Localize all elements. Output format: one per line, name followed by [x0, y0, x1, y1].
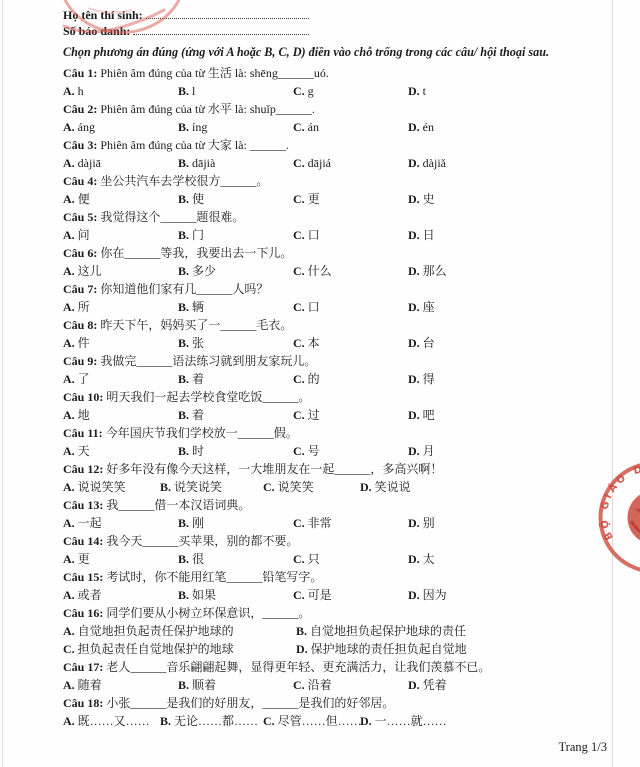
- options-row: A. ángB. íngC. ánD. én: [63, 118, 620, 136]
- option-D: D. 吧: [408, 406, 620, 424]
- option-D: D. 保护地球的责任担负起自觉地: [296, 640, 620, 658]
- option-B: B. íng: [178, 118, 293, 136]
- option-A: A. 地: [63, 406, 178, 424]
- option-A: A. 问: [63, 226, 178, 244]
- question-label: Câu 11:: [63, 426, 103, 440]
- candidate-header: Họ tên thí sinh: Số báo danh:: [0, 0, 640, 39]
- options-row: A. 天B. 时C. 号D. 月: [63, 442, 620, 460]
- option-A: A. 说说笑笑: [63, 478, 160, 496]
- option-C: C. 本: [293, 334, 408, 352]
- question-label: Câu 2:: [63, 102, 97, 116]
- question-9: Câu 9: 我做完______语法练习就到朋友家玩儿。A. 了B. 着C. 的…: [63, 352, 620, 388]
- question-12: Câu 12: 好多年没有像今天这样，一大堆朋友在一起______，多高兴啊！A…: [63, 460, 620, 496]
- option-B: B. 时: [178, 442, 293, 460]
- candidate-id-row: Số báo danh:: [63, 23, 309, 39]
- question-label: Câu 14:: [63, 534, 103, 548]
- question-4: Câu 4: 坐公共汽车去学校很方______。A. 便B. 使C. 更D. 史: [63, 172, 620, 208]
- option-C: C. 口: [293, 298, 408, 316]
- option-A: A. 一起: [63, 514, 178, 532]
- question-label: Câu 5:: [63, 210, 97, 224]
- option-B: B. 很: [178, 550, 293, 568]
- question-text: 小张______是我们的好朋友，______是我们的好邻居。: [103, 696, 394, 710]
- question-2: Câu 2: Phiên âm đúng của từ 水平 là: shuǐp…: [63, 100, 620, 136]
- question-label: Câu 10:: [63, 390, 103, 404]
- option-C: C. 的: [293, 370, 408, 388]
- option-B: B. 使: [178, 190, 293, 208]
- options-row: A. dàjiāB. dājiàC. dājiáD. dàjiǎ: [63, 154, 620, 172]
- option-B: B. 张: [178, 334, 293, 352]
- options-row: A. 或者B. 如果C. 可是D. 因为: [63, 586, 620, 604]
- question-stem: Câu 1: Phiên âm đúng của từ 生活 là: shēng…: [63, 64, 620, 82]
- option-C: C. án: [293, 118, 408, 136]
- question-5: Câu 5: 我觉得这个______题很难。A. 问B. 门C. 口D. 日: [63, 208, 620, 244]
- option-C: C. 可是: [293, 586, 408, 604]
- options-row: A. 问B. 门C. 口D. 日: [63, 226, 620, 244]
- question-stem: Câu 15: 考试时，你不能用红笔______铅笔写字。: [63, 568, 620, 586]
- candidate-name-row: Họ tên thí sinh:: [63, 7, 309, 23]
- options-row: A. 说说笑笑B. 说笑说笑C. 说笑笑D. 笑说说: [63, 478, 620, 496]
- question-stem: Câu 18: 小张______是我们的好朋友，______是我们的好邻居。: [63, 694, 620, 712]
- question-14: Câu 14: 我今天______买苹果，别的都不要。A. 更B. 很C. 只D…: [63, 532, 620, 568]
- option-C: C. 什么: [293, 262, 408, 280]
- options-row: A. 所B. 辆C. 口D. 座: [63, 298, 620, 316]
- question-17: Câu 17: 老人______音乐翩翩起舞，显得更年轻、更充满活力，让我们羡慕…: [63, 658, 620, 694]
- question-label: Câu 1:: [63, 66, 97, 80]
- question-3: Câu 3: Phiên âm đúng của từ 大家 là: _____…: [63, 136, 620, 172]
- option-D: D. 笑说说: [360, 478, 620, 496]
- question-label: Câu 13:: [63, 498, 103, 512]
- options-row: A. 地B. 着C. 过D. 吧: [63, 406, 620, 424]
- question-1: Câu 1: Phiên âm đúng của từ 生活 là: shēng…: [63, 64, 620, 100]
- option-A: A. 既……又……: [63, 712, 160, 730]
- question-label: Câu 15:: [63, 570, 103, 584]
- question-text: 我今天______买苹果，别的都不要。: [103, 534, 298, 548]
- question-8: Câu 8: 昨天下午，妈妈买了一______毛衣。A. 件B. 张C. 本D.…: [63, 316, 620, 352]
- options-row: A. 更B. 很C. 只D. 太: [63, 550, 620, 568]
- option-B: B. 着: [178, 406, 293, 424]
- question-text: 我觉得这个______题很难。: [97, 210, 244, 224]
- question-text: 昨天下午，妈妈买了一______毛衣。: [97, 318, 292, 332]
- question-text: 我______借一本汉语词典。: [103, 498, 250, 512]
- question-stem: Câu 6: 你在______等我，我要出去一下儿。: [63, 244, 620, 262]
- question-13: Câu 13: 我______借一本汉语词典。A. 一起B. 刚C. 非常D. …: [63, 496, 620, 532]
- option-A: A. 天: [63, 442, 178, 460]
- question-16: Câu 16: 同学们要从小树立环保意识，______。A. 自觉地担负起责任保…: [63, 604, 620, 658]
- question-label: Câu 12:: [63, 462, 103, 476]
- option-A: A. 所: [63, 298, 178, 316]
- option-D: D. t: [408, 82, 620, 100]
- question-label: Câu 6:: [63, 246, 97, 260]
- option-B: B. 多少: [178, 262, 293, 280]
- question-text: Phiên âm đúng của từ 大家 là: ______.: [97, 138, 288, 152]
- option-C: C. 沿着: [293, 676, 408, 694]
- option-C: C. g: [293, 82, 408, 100]
- question-text: 今年国庆节我们学校放一______假。: [103, 426, 298, 440]
- question-stem: Câu 16: 同学们要从小树立环保意识，______。: [63, 604, 620, 622]
- option-D: D. 那么: [408, 262, 620, 280]
- option-A: A. 更: [63, 550, 178, 568]
- question-list: Câu 1: Phiên âm đúng của từ 生活 là: shēng…: [63, 64, 620, 730]
- question-text: 好多年没有像今天这样，一大堆朋友在一起______，多高兴啊！: [103, 462, 442, 476]
- option-D: D. 日: [408, 226, 620, 244]
- option-B: B. 无论……都……: [160, 712, 263, 730]
- option-C: C. 担负起责任自觉地保护的地球: [63, 640, 296, 658]
- option-B: B. 着: [178, 370, 293, 388]
- question-stem: Câu 11: 今年国庆节我们学校放一______假。: [63, 424, 620, 442]
- option-A: A. 或者: [63, 586, 178, 604]
- options-row: A. 一起B. 刚C. 非常D. 别: [63, 514, 620, 532]
- question-text: 我做完______语法练习就到朋友家玩儿。: [97, 354, 316, 368]
- question-11: Câu 11: 今年国庆节我们学校放一______假。A. 天B. 时C. 号D…: [63, 424, 620, 460]
- option-B: B. 如果: [178, 586, 293, 604]
- question-label: Câu 16:: [63, 606, 103, 620]
- option-D: D. 太: [408, 550, 620, 568]
- question-stem: Câu 17: 老人______音乐翩翩起舞，显得更年轻、更充满活力，让我们羡慕…: [63, 658, 620, 676]
- candidate-id-label: Số báo danh:: [63, 23, 130, 39]
- option-D: D. 别: [408, 514, 620, 532]
- options-row: A. 随着B. 顺着C. 沿着D. 凭着: [63, 676, 620, 694]
- candidate-name-blank: [146, 7, 309, 19]
- exam-page: Họ tên thí sinh: Số báo danh: Chọn phươn…: [0, 0, 640, 767]
- option-C: C. 号: [293, 442, 408, 460]
- option-C: C. 说笑笑: [263, 478, 360, 496]
- question-text: 坐公共汽车去学校很方______。: [97, 174, 268, 188]
- candidate-name-label: Họ tên thí sinh:: [63, 7, 143, 23]
- option-C: C. 口: [293, 226, 408, 244]
- question-text: 你知道他们家有几______人吗？: [97, 282, 268, 296]
- question-7: Câu 7: 你知道他们家有几______人吗？A. 所B. 辆C. 口D. 座: [63, 280, 620, 316]
- option-B: B. dājià: [178, 154, 293, 172]
- option-C: C. 非常: [293, 514, 408, 532]
- question-label: Câu 9:: [63, 354, 97, 368]
- question-label: Câu 17:: [63, 660, 103, 674]
- option-A: A. 件: [63, 334, 178, 352]
- option-A: A. áng: [63, 118, 178, 136]
- question-text: 老人______音乐翩翩起舞，显得更年轻、更充满活力，让我们羡慕不已。: [103, 660, 490, 674]
- page-edge-right: [612, 0, 613, 767]
- option-D: D. 月: [408, 442, 620, 460]
- options-row: A. 件B. 张C. 本D. 台: [63, 334, 620, 352]
- option-B: B. 门: [178, 226, 293, 244]
- option-D: D. 史: [408, 190, 620, 208]
- page-number: Trang 1/3: [0, 740, 607, 755]
- question-stem: Câu 8: 昨天下午，妈妈买了一______毛衣。: [63, 316, 620, 334]
- options-row: A. 这儿B. 多少C. 什么D. 那么: [63, 262, 620, 280]
- option-C: C. 更: [293, 190, 408, 208]
- question-stem: Câu 7: 你知道他们家有几______人吗？: [63, 280, 620, 298]
- option-C: C. 尽管……但……: [263, 712, 360, 730]
- question-label: Câu 7:: [63, 282, 97, 296]
- question-text: 考试时，你不能用红笔______铅笔写字。: [103, 570, 322, 584]
- option-A: A. dàjiā: [63, 154, 178, 172]
- exam-instruction: Chọn phương án đúng (ứng với A hoặc B, C…: [63, 45, 608, 60]
- option-D: D. 座: [408, 298, 620, 316]
- question-stem: Câu 14: 我今天______买苹果，别的都不要。: [63, 532, 620, 550]
- option-A: A. 便: [63, 190, 178, 208]
- option-D: D. 因为: [408, 586, 620, 604]
- option-A: A. h: [63, 82, 178, 100]
- option-A: A. 这儿: [63, 262, 178, 280]
- question-label: Câu 4:: [63, 174, 97, 188]
- option-D: D. 台: [408, 334, 620, 352]
- question-text: 明天我们一起去学校食堂吃饭______。: [103, 390, 310, 404]
- question-text: Phiên âm đúng của từ 生活 là: shēng______u…: [97, 66, 328, 80]
- options-row: A. 了B. 着C. 的D. 得: [63, 370, 620, 388]
- question-label: Câu 8:: [63, 318, 97, 332]
- question-label: Câu 18:: [63, 696, 103, 710]
- question-6: Câu 6: 你在______等我，我要出去一下儿。A. 这儿B. 多少C. 什…: [63, 244, 620, 280]
- question-stem: Câu 5: 我觉得这个______题很难。: [63, 208, 620, 226]
- question-10: Câu 10: 明天我们一起去学校食堂吃饭______。A. 地B. 着C. 过…: [63, 388, 620, 424]
- candidate-id-blank: [133, 23, 309, 35]
- option-B: B. 说笑说笑: [160, 478, 263, 496]
- question-15: Câu 15: 考试时，你不能用红笔______铅笔写字。A. 或者B. 如果C…: [63, 568, 620, 604]
- question-stem: Câu 9: 我做完______语法练习就到朋友家玩儿。: [63, 352, 620, 370]
- options-row: A. 既……又……B. 无论……都……C. 尽管……但……D. 一……就……: [63, 712, 620, 730]
- option-D: D. én: [408, 118, 620, 136]
- question-text: 同学们要从小树立环保意识，______。: [103, 606, 310, 620]
- options-row: A. hB. lC. gD. t: [63, 82, 620, 100]
- option-A: A. 自觉地担负起责任保护地球的: [63, 622, 296, 640]
- option-B: B. l: [178, 82, 293, 100]
- page-edge-left: [2, 0, 3, 767]
- option-A: A. 了: [63, 370, 178, 388]
- options-row: A. 便B. 使C. 更D. 史: [63, 190, 620, 208]
- option-D: D. 凭着: [408, 676, 620, 694]
- option-C: C. dājiá: [293, 154, 408, 172]
- option-B: B. 辆: [178, 298, 293, 316]
- option-C: C. 只: [293, 550, 408, 568]
- options-row: A. 自觉地担负起责任保护地球的B. 自觉地担负起保护地球的责任C. 担负起责任…: [63, 622, 620, 658]
- question-stem: Câu 4: 坐公共汽车去学校很方______。: [63, 172, 620, 190]
- option-C: C. 过: [293, 406, 408, 424]
- question-stem: Câu 12: 好多年没有像今天这样，一大堆朋友在一起______，多高兴啊！: [63, 460, 620, 478]
- question-stem: Câu 10: 明天我们一起去学校食堂吃饭______。: [63, 388, 620, 406]
- question-text: 你在______等我，我要出去一下儿。: [97, 246, 292, 260]
- option-D: D. 得: [408, 370, 620, 388]
- question-label: Câu 3:: [63, 138, 97, 152]
- option-B: B. 顺着: [178, 676, 293, 694]
- question-stem: Câu 2: Phiên âm đúng của từ 水平 là: shuǐp…: [63, 100, 620, 118]
- option-A: A. 随着: [63, 676, 178, 694]
- option-D: D. 一……就……: [360, 712, 620, 730]
- question-text: Phiên âm đúng của từ 水平 là: shuǐp______.: [97, 102, 314, 116]
- question-18: Câu 18: 小张______是我们的好朋友，______是我们的好邻居。A.…: [63, 694, 620, 730]
- question-stem: Câu 3: Phiên âm đúng của từ 大家 là: _____…: [63, 136, 620, 154]
- option-B: B. 自觉地担负起保护地球的责任: [296, 622, 620, 640]
- option-D: D. dàjiǎ: [408, 154, 620, 172]
- question-stem: Câu 13: 我______借一本汉语词典。: [63, 496, 620, 514]
- option-B: B. 刚: [178, 514, 293, 532]
